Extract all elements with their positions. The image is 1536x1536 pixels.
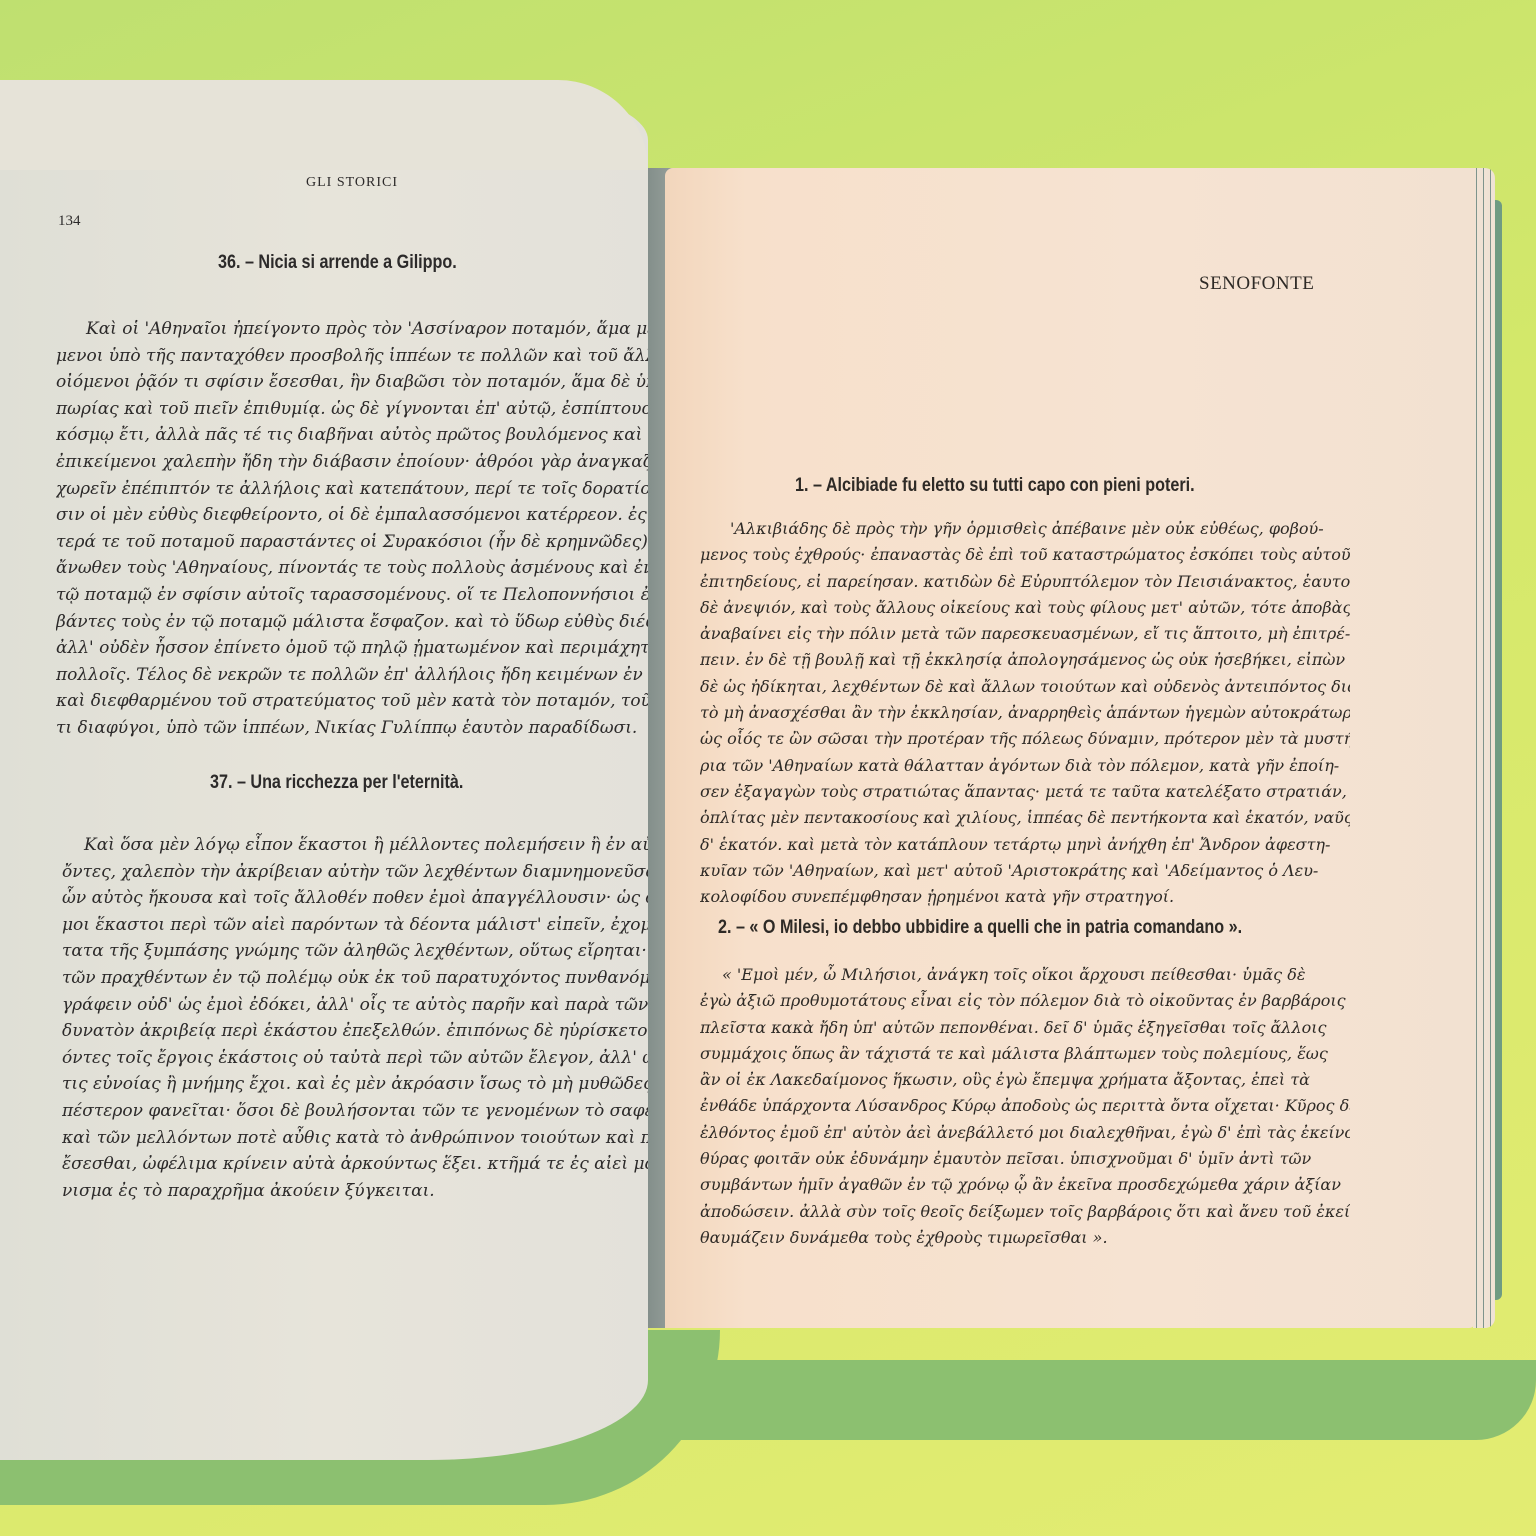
text-line: τῷ ποταμῷ ἐν σφίσιν αὐτοῖς ταρασσομένους… xyxy=(56,582,648,609)
running-head: GLI STORICI xyxy=(306,175,398,191)
text-line: Καὶ οἱ 'Αθηναῖοι ἠπείγοντο πρὸς τὸν 'Ασσ… xyxy=(56,316,648,343)
text-line: ἂν οἱ ἐκ Λακεδαίμονος ἥκωσιν, οὓς ἐγὼ ἔπ… xyxy=(700,1067,1350,1093)
text-line: ὁπλίτας μὲν πεντακοσίους καὶ χιλίους, ἱπ… xyxy=(700,805,1350,831)
section-37-text: Καὶ ὅσα μὲν λόγῳ εἶπον ἕκαστοι ἢ μέλλοντ… xyxy=(62,832,648,1204)
text-line: νισμα ἐς τὸ παραχρῆμα ἀκούειν ξύγκειται. xyxy=(62,1178,648,1205)
text-line: ἄνωθεν τοὺς 'Αθηναίους, πίνοντάς τε τοὺς… xyxy=(56,555,648,582)
text-line: κόσμῳ ἔτι, ἀλλὰ πᾶς τέ τις διαβῆναι αὐτὸ… xyxy=(56,422,648,449)
section-heading-2: 2. – « O Milesi, io debbo ubbidire a que… xyxy=(718,917,1242,939)
text-line: βάντες τοὺς ἐν τῷ ποταμῷ μάλιστα ἔσφαζον… xyxy=(56,609,648,636)
text-line: δυνατὸν ἀκριβείᾳ περὶ ἑκάστου ἐπεξελθών.… xyxy=(62,1018,648,1045)
book-shadow-right xyxy=(660,1360,1536,1440)
section-2-text: « 'Εμοὶ μέν, ὦ Μιλήσιοι, ἀνάγκη τοῖς οἴκ… xyxy=(700,962,1350,1251)
right-page: SENOFONTE 1. – Alcibiade fu eletto su tu… xyxy=(665,168,1475,1328)
text-line: ὄντες, χαλεπὸν τὴν ἀκρίβειαν αὐτὴν τῶν λ… xyxy=(62,859,648,886)
text-line: ἔσεσθαι, ὠφέλιμα κρίνειν αὐτὰ ἀρκούντως … xyxy=(62,1151,648,1178)
text-line: 'Αλκιβιάδης δὲ πρὸς τὴν γῆν ὁρμισθεὶς ἀπ… xyxy=(700,516,1350,542)
text-line: πλεῖστα κακὰ ἤδη ὑπ' αὐτῶν πεπονθέναι. δ… xyxy=(700,1015,1350,1041)
page-stack-edges xyxy=(1473,168,1495,1328)
text-line: κυῖαν τῶν 'Αθηναίων, καὶ μετ' αὐτοῦ 'Αρι… xyxy=(700,858,1350,884)
text-line: θύρας φοιτᾶν οὐκ ἐδυνάμην ἐμαυτὸν πεῖσαι… xyxy=(700,1146,1350,1172)
text-line: πέστερον φανεῖται· ὅσοι δὲ βουλήσονται τ… xyxy=(62,1098,648,1125)
text-line: συμμάχοις ὅπως ἂν τάχιστά τε καὶ μάλιστα… xyxy=(700,1041,1350,1067)
text-line: τὸ μὴ ἀνασχέσθαι ἂν τὴν ἐκκλησίαν, ἀναρρ… xyxy=(700,700,1350,726)
section-heading-37: 37. – Una ricchezza per l'eternità. xyxy=(210,772,463,794)
text-line: οἰόμενοι ῥᾷόν τι σφίσιν ἔσεσθαι, ἢν διαβ… xyxy=(56,369,648,396)
text-line: ἐγὼ ἀξιῶ προθυμοτάτους εἶναι εἰς τὸν πόλ… xyxy=(700,988,1350,1014)
text-line: ἐπιτηδείους, εἰ παρείησαν. κατιδὼν δὲ Εὐ… xyxy=(700,569,1350,595)
text-line: τατα τῆς ξυμπάσης γνώμης τῶν ἀληθῶς λεχθ… xyxy=(62,938,648,965)
text-line: τις εὐνοίας ἢ μνήμης ἔχοι. καὶ ἐς μὲν ἀκ… xyxy=(62,1071,648,1098)
text-line: καὶ τῶν μελλόντων ποτὲ αὖθις κατὰ τὸ ἀνθ… xyxy=(62,1125,648,1152)
text-line: τῶν πραχθέντων ἐν τῷ πολέμῳ οὐκ ἐκ τοῦ π… xyxy=(62,965,648,992)
text-line: Καὶ ὅσα μὲν λόγῳ εἶπον ἕκαστοι ἢ μέλλοντ… xyxy=(62,832,648,859)
text-line: γράφειν οὐδ' ὡς ἐμοὶ ἐδόκει, ἀλλ' οἷς τε… xyxy=(62,992,648,1019)
text-line: ὡς οἷός τε ὢν σῶσαι τὴν προτέραν τῆς πόλ… xyxy=(700,726,1350,752)
text-line: πωρίας καὶ τοῦ πιεῖν ἐπιθυμίᾳ. ὡς δὲ γίγ… xyxy=(56,396,648,423)
text-line: σιν οἱ μὲν εὐθὺς διεφθείροντο, οἱ δὲ ἐμπ… xyxy=(56,502,648,529)
text-line: τερά τε τοῦ ποταμοῦ παραστάντες οἱ Συρακ… xyxy=(56,529,648,556)
text-line: ἐνθάδε ὑπάρχοντα Λύσανδρος Κύρῳ ἀποδοὺς … xyxy=(700,1093,1350,1119)
section-36-text: Καὶ οἱ 'Αθηναῖοι ἠπείγοντο πρὸς τὸν 'Ασσ… xyxy=(56,316,648,742)
text-line: κολοφίδου συνεπέμφθησαν ᾑρημένοι κατὰ γῆ… xyxy=(700,884,1350,910)
section-1-text: 'Αλκιβιάδης δὲ πρὸς τὴν γῆν ὁρμισθεὶς ἀπ… xyxy=(700,516,1350,910)
text-line: χωρεῖν ἐπέπιπτόν τε ἀλλήλοις καὶ κατεπάτ… xyxy=(56,476,648,503)
page-number: 134 xyxy=(58,213,81,230)
text-line: όντες τοῖς ἔργοις ἑκάστοις οὐ ταὐτὰ περὶ… xyxy=(62,1045,648,1072)
text-line: ἀναβαίνει εἰς τὴν πόλιν μετὰ τῶν παρεσκε… xyxy=(700,621,1350,647)
text-line: ἀλλ' οὐδὲν ἧσσον ἐπίνετο ὁμοῦ τῷ πηλῷ ᾑμ… xyxy=(56,635,648,662)
left-page: GLI STORICI 134 36. – Nicia si arrende a… xyxy=(0,80,648,1460)
text-line: καὶ διεφθαρμένου τοῦ στρατεύματος τοῦ μὲ… xyxy=(56,688,648,715)
text-line: ἐλθόντος ἐμοῦ ἐπ' αὐτὸν ἀεὶ ἀνεβάλλετό μ… xyxy=(700,1120,1350,1146)
text-line: ἀποδώσειν. ἀλλὰ σὺν τοῖς θεοῖς δείξωμεν … xyxy=(700,1199,1350,1225)
section-heading-1: 1. – Alcibiade fu eletto su tutti capo c… xyxy=(795,475,1195,497)
text-line: μοι ἕκαστοι περὶ τῶν αἰεὶ παρόντων τὰ δέ… xyxy=(62,912,648,939)
text-line: ρια τῶν 'Αθηναίων κατὰ θάλατταν ἀγόντων … xyxy=(700,753,1350,779)
text-line: πειν. ἐν δὲ τῇ βουλῇ καὶ τῇ ἐκκλησίᾳ ἀπο… xyxy=(700,647,1350,673)
text-line: μενοι ὑπὸ τῆς πανταχόθεν προσβολῆς ἱππέω… xyxy=(56,343,648,370)
text-line: πολλοῖς. Τέλος δὲ νεκρῶν τε πολλῶν ἐπ' ἀ… xyxy=(56,662,648,689)
text-line: ἐπικείμενοι χαλεπὴν ἤδη τὴν διάβασιν ἐπο… xyxy=(56,449,648,476)
text-line: δὲ ἀνεψιόν, καὶ τοὺς ἄλλους οἰκείους καὶ… xyxy=(700,595,1350,621)
text-line: συμβάντων ἡμῖν ἀγαθῶν ἐν τῷ χρόνῳ ᾧ ἂν ἐ… xyxy=(700,1172,1350,1198)
text-line: δὲ ὡς ἠδίκηται, λεχθέντων δὲ καὶ ἄλλων τ… xyxy=(700,674,1350,700)
section-heading-36: 36. – Nicia si arrende a Gilippo. xyxy=(218,252,457,274)
text-line: σεν ἐξαγαγὼν τοὺς στρατιώτας ἅπαντας· με… xyxy=(700,779,1350,805)
text-line: μενος τοὺς ἐχθρούς· ἐπαναστὰς δὲ ἐπὶ τοῦ… xyxy=(700,542,1350,568)
text-line: « 'Εμοὶ μέν, ὦ Μιλήσιοι, ἀνάγκη τοῖς οἴκ… xyxy=(700,962,1350,988)
text-line: ὧν αὐτὸς ἤκουσα καὶ τοῖς ἄλλοθέν ποθεν ἐ… xyxy=(62,885,648,912)
text-line: τι διαφύγοι, ὑπὸ τῶν ἱππέων, Νικίας Γυλί… xyxy=(56,715,648,742)
text-line: θαυμάζειν δυνάμεθα τοὺς ἐχθροὺς τιμωρεῖσ… xyxy=(700,1225,1350,1251)
text-line: δ' ἑκατόν. καὶ μετὰ τὸν κατάπλουν τετάρτ… xyxy=(700,832,1350,858)
author-heading: SENOFONTE xyxy=(1199,273,1314,295)
